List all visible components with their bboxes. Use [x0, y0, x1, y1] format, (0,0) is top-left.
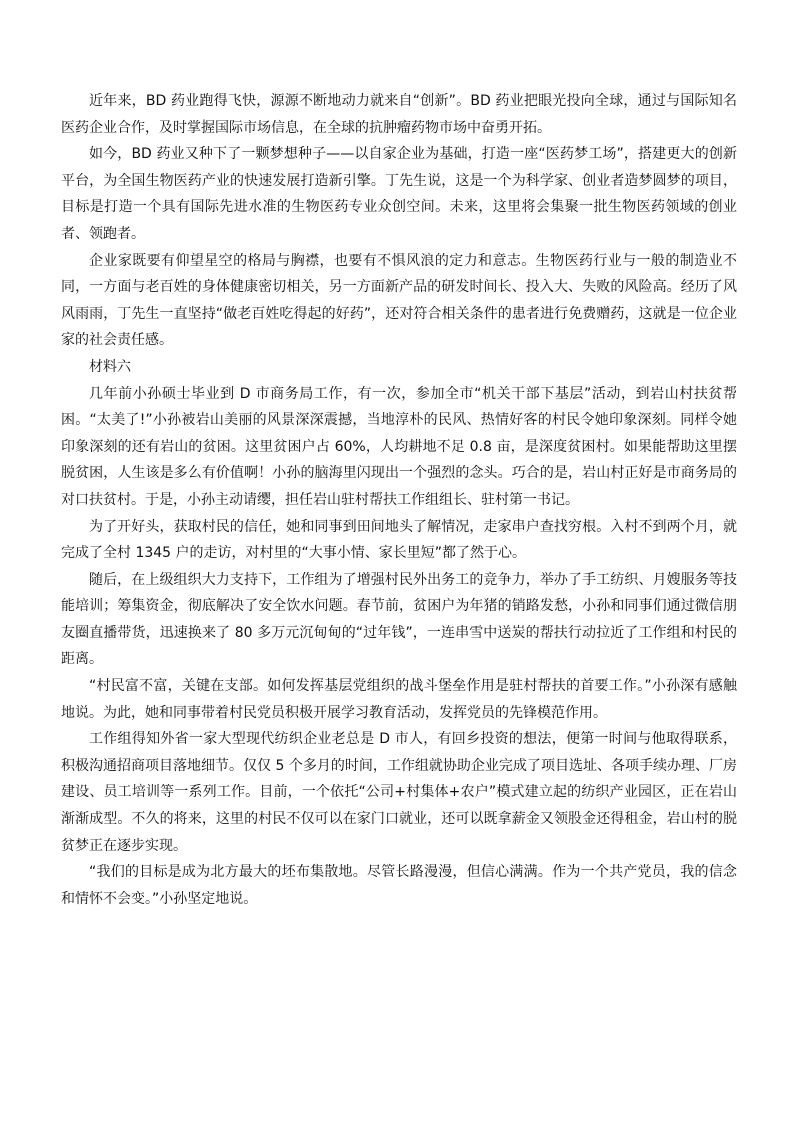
paragraph-innovation: 近年来，BD 药业跑得飞快，源源不断地动力就来自“创新”。BD 药业把眼光投向全… — [61, 88, 737, 141]
paragraph-poverty-village: 几年前小孙硕士毕业到 D 市商务局工作，有一次，参加全市“机关干部下基层”活动，… — [61, 381, 737, 514]
paragraph-social-responsibility: 企业家既要有仰望星空的格局与胸襟，也要有不惧风浪的定力和意志。生物医药行业与一般… — [61, 248, 737, 354]
document-page: 近年来，BD 药业跑得飞快，源源不断地动力就来自“创新”。BD 药业把眼光投向全… — [61, 88, 737, 912]
paragraph-skills-training: 随后，在上级组织大力支持下，工作组为了增强村民外出务工的竞争力，举办了手工纺织、… — [61, 567, 737, 673]
paragraph-village-visits: 为了开好头，获取村民的信任，她和同事到田间地头了解情况，走家串户查找穷根。入村不… — [61, 514, 737, 567]
paragraph-party-branch: “村民富不富，关键在支部。如何发挥基层党组织的战斗堡垒作用是驻村帮扶的首要工作。… — [61, 673, 737, 726]
paragraph-dream-factory: 如今，BD 药业又种下了一颗梦想种子——以自家企业为基础，打造一座“医药梦工场”… — [61, 141, 737, 247]
section-heading: 材料六 — [61, 354, 737, 381]
paragraph-closing-quote: “我们的目标是成为北方最大的坯布集散地。尽管长路漫漫，但信心满满。作为一个共产党… — [61, 859, 737, 912]
paragraph-textile-park: 工作组得知外省一家大型现代纺织企业老总是 D 市人，有回乡投资的想法，便第一时间… — [61, 726, 737, 859]
